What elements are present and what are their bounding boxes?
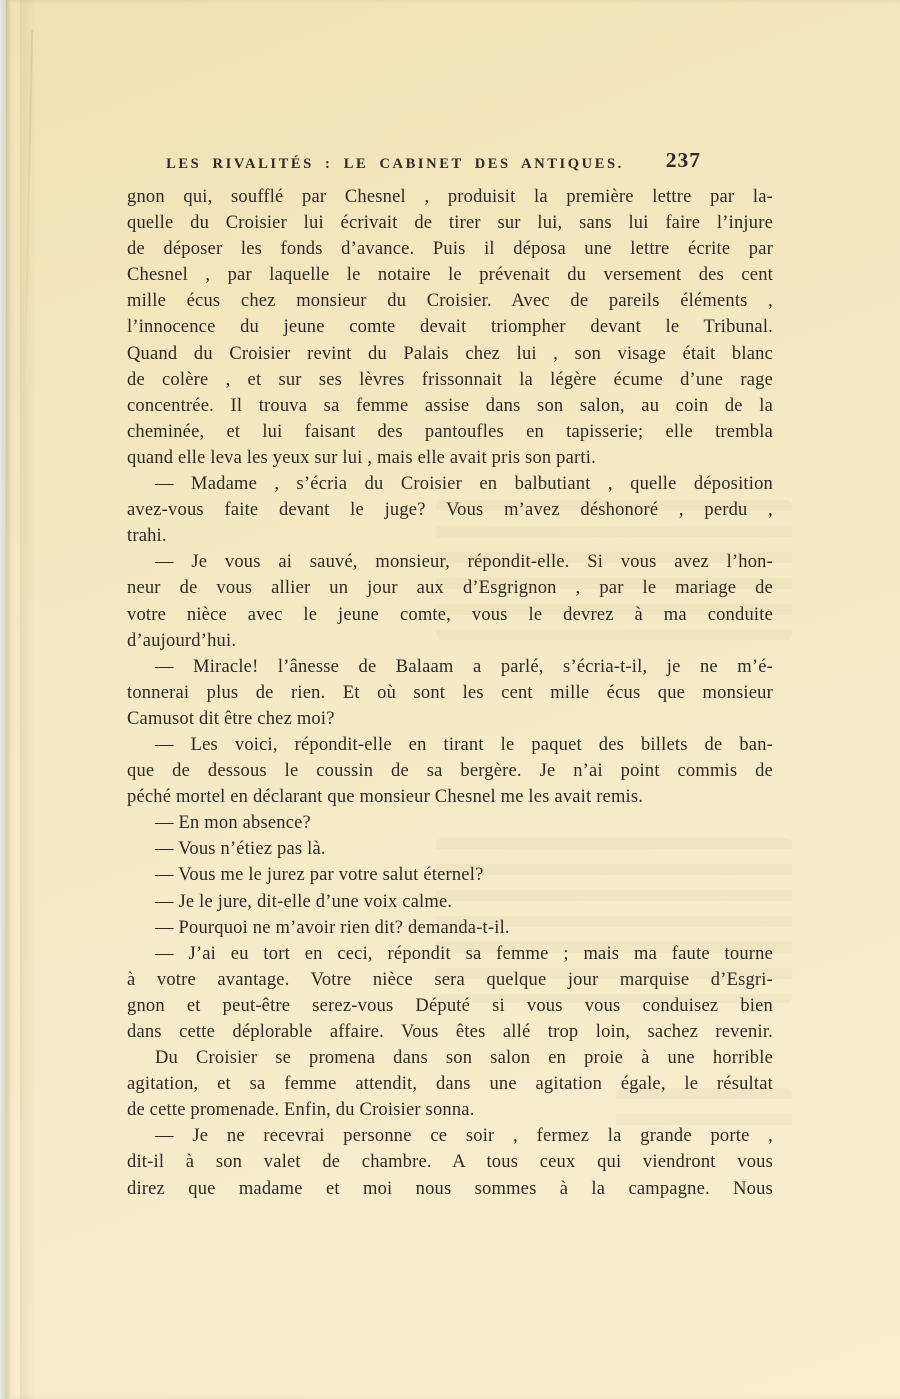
- text-line: quand elle leva les yeux sur lui , mais …: [127, 445, 773, 471]
- text-line: — Vous me le jurez par votre salut étern…: [127, 862, 773, 888]
- text-line: — En mon absence?: [127, 810, 773, 836]
- text-line: que de dessous le coussin de sa bergère.…: [127, 758, 773, 784]
- text-line: gnon et peut-être serez-vous Député si v…: [127, 993, 773, 1019]
- text-line: quelle du Croisier lui écrivait de tirer…: [127, 210, 773, 236]
- text-line: Camusot dit être chez moi?: [127, 706, 773, 732]
- text-line: — J’ai eu tort en ceci, répondit sa femm…: [127, 941, 773, 967]
- text-line: à votre avantage. Votre nièce sera quelq…: [127, 967, 773, 993]
- text-block: LES RIVALITÉS : LE CABINET DES ANTIQUES.…: [127, 150, 773, 1202]
- text-line: votre nièce avec le jeune comte, vous le…: [127, 602, 773, 628]
- text-line: péché mortel en déclarant que monsieur C…: [127, 784, 773, 810]
- text-line: — Pourquoi ne m’avoir rien dit? demanda-…: [127, 915, 773, 941]
- text-line: — Les voici, répondit-elle en tirant le …: [127, 732, 773, 758]
- text-line: — Vous n’étiez pas là.: [127, 836, 773, 862]
- text-line: d’aujourd’hui.: [127, 628, 773, 654]
- text-line: dit-il à son valet de chambre. A tous ce…: [127, 1149, 773, 1175]
- text-line: — Je le jure, dit-elle d’une voix calme.: [127, 889, 773, 915]
- text-line: Chesnel , par laquelle le notaire le pré…: [127, 262, 773, 288]
- text-line: l’innocence du jeune comte devait triomp…: [127, 314, 773, 340]
- running-head: LES RIVALITÉS : LE CABINET DES ANTIQUES.…: [127, 150, 773, 180]
- text-line: de colère , et sur ses lèvres frissonnai…: [127, 367, 773, 393]
- text-line: — Miracle! l’ânesse de Balaam a parlé, s…: [127, 654, 773, 680]
- text-line: de déposer les fonds d’avance. Puis il d…: [127, 236, 773, 262]
- text-line: de cette promenade. Enfin, du Croisier s…: [127, 1097, 773, 1123]
- page-number: 237: [666, 148, 701, 173]
- text-line: mille écus chez monsieur du Croisier. Av…: [127, 288, 773, 314]
- text-line: — Je ne recevrai personne ce soir , ferm…: [127, 1123, 773, 1149]
- scan-edge-strip: [0, 0, 6, 1399]
- text-line: Quand du Croisier revint du Palais chez …: [127, 341, 773, 367]
- text-line: direz que madame et moi nous sommes à la…: [127, 1176, 773, 1202]
- text-line: concentrée. Il trouva sa femme assise da…: [127, 393, 773, 419]
- text-line: — Je vous ai sauvé, monsieur, répondit-e…: [127, 549, 773, 575]
- text-line: dans cette déplorable affaire. Vous êtes…: [127, 1019, 773, 1045]
- text-line: Du Croisier se promena dans son salon en…: [127, 1045, 773, 1071]
- text-line: agitation, et sa femme attendit, dans un…: [127, 1071, 773, 1097]
- text-line: tonnerai plus de rien. Et où sont les ce…: [127, 680, 773, 706]
- text-line: — Madame , s’écria du Croisier en balbut…: [127, 471, 773, 497]
- text-line: cheminée, et lui faisant des pantoufles …: [127, 419, 773, 445]
- text-line: gnon qui, soufflé par Chesnel , produisi…: [127, 184, 773, 210]
- text-body: gnon qui, soufflé par Chesnel , produisi…: [127, 184, 773, 1202]
- running-head-title: LES RIVALITÉS : LE CABINET DES ANTIQUES.: [127, 156, 663, 173]
- text-line: trahi.: [127, 523, 773, 549]
- text-line: neur de vous allier un jour aux d’Esgrig…: [127, 575, 773, 601]
- text-line: avez-vous faite devant le juge? Vous m’a…: [127, 497, 773, 523]
